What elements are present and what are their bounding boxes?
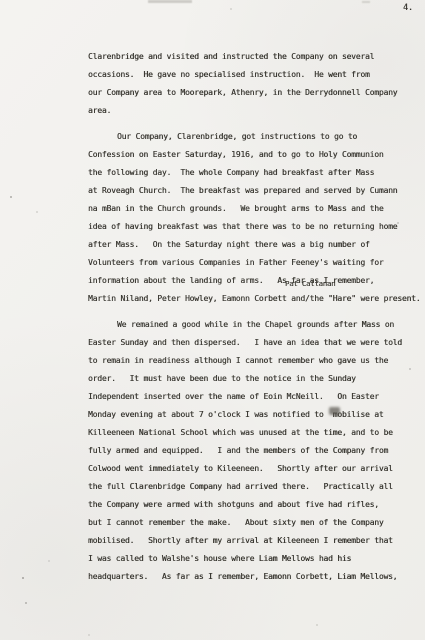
text-line: We remained a good while in the Chapel g…	[88, 316, 422, 334]
text-line: Confession on Easter Saturday, 1916, and…	[88, 146, 422, 164]
text-line: Easter Sunday and then dispersed. I have…	[88, 334, 422, 352]
text-line: to remain in readiness although I cannot…	[88, 352, 422, 370]
text-line: the following day. The whole Company had…	[88, 164, 422, 182]
text-line: the Company were armed with shotguns and…	[88, 496, 422, 514]
text-line: Independent inserted over the name of Eo…	[88, 388, 422, 406]
text-line: occasions. He gave no specialised instru…	[88, 66, 422, 84]
text-line: Martin Niland, Peter Howley, Eamonn Corb…	[88, 290, 422, 308]
ink-smudge	[329, 407, 340, 415]
text-line: area.	[88, 102, 422, 120]
text-line: the full Clarenbridge Company had arrive…	[88, 478, 422, 496]
text-line: after Mass. On the Saturday night there …	[88, 236, 422, 254]
text-line: fully armed and equipped. I and the memb…	[88, 442, 422, 460]
text-line: Killeeneen National School which was unu…	[88, 424, 422, 442]
scan-edge-artifact	[148, 0, 192, 3]
text-line: information about the landing of arms. A…	[88, 272, 422, 290]
text-line: Volunteers from various Companies in Fat…	[88, 254, 422, 272]
text-line: mobilised. Shortly after my arrival at K…	[88, 532, 422, 550]
text-line: Monday evening at about 7 o'clock I was …	[88, 406, 422, 424]
text-line: Clarenbridge and visited and instructed …	[88, 48, 422, 66]
text-line: idea of having breakfast was that there …	[88, 218, 422, 236]
paragraph: Our Company, Clarenbridge, got instructi…	[88, 128, 422, 308]
text-line: Colwood went immediately to Kileeneen. S…	[88, 460, 422, 478]
text-line: order. It must have been due to the noti…	[88, 370, 422, 388]
paragraph: Clarenbridge and visited and instructed …	[88, 48, 422, 120]
text-line: our Company area to Moorepark, Athenry, …	[88, 84, 422, 102]
paper-specks	[0, 0, 2, 2]
text-line: na mBan in the Church grounds. We brough…	[88, 200, 422, 218]
scan-edge-artifact	[362, 1, 370, 3]
statement-text-block: Clarenbridge and visited and instructed …	[88, 48, 422, 586]
text-line: at Roveagh Church. The breakfast was pre…	[88, 182, 422, 200]
text-line: I was called to Walshe's house where Lia…	[88, 550, 422, 568]
interlinear-insertion: Pat Callanan	[285, 279, 335, 288]
page-number: 4.	[403, 3, 413, 13]
text-line: Our Company, Clarenbridge, got instructi…	[88, 128, 422, 146]
scanned-document-page: 4. Clarenbridge and visited and instruct…	[0, 0, 425, 640]
text-line: but I cannot remember the make. About si…	[88, 514, 422, 532]
text-line: headquarters. As far as I remember, Eamo…	[88, 568, 422, 586]
paragraph: We remained a good while in the Chapel g…	[88, 316, 422, 586]
